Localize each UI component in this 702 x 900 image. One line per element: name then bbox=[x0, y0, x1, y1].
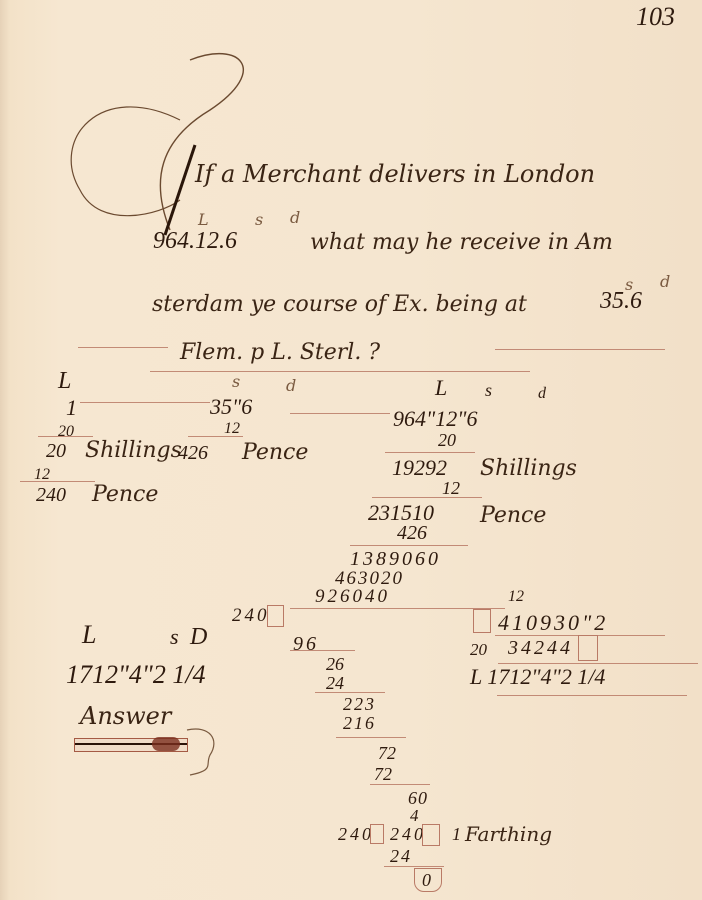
conversion-twelve: 12 bbox=[508, 588, 524, 606]
remainder-box bbox=[414, 868, 442, 892]
question-unit-L: L bbox=[198, 210, 209, 229]
rate-work-rate: 35"6 bbox=[210, 394, 252, 420]
div-rule-1 bbox=[290, 650, 355, 651]
rate-unit-d: d bbox=[660, 272, 670, 291]
multiplier: 426 bbox=[397, 522, 427, 545]
rate-work-pence-label: Pence bbox=[242, 440, 308, 465]
divisor-zero-box bbox=[267, 605, 284, 627]
partial-3: 926040 bbox=[315, 586, 390, 608]
heading: Flem. p L. Sterl. ? bbox=[180, 340, 380, 365]
farthing-quotient: 1 bbox=[452, 824, 461, 845]
div-step-9: 4 bbox=[410, 806, 419, 826]
rate-twelve-rule bbox=[188, 436, 243, 437]
farthing-divisor: 240 bbox=[338, 824, 374, 845]
left-shillings-label: Shillings bbox=[85, 438, 182, 463]
left-one: 1 bbox=[66, 395, 77, 421]
sterling-twelve-rule bbox=[372, 497, 482, 498]
conversion-quotient: 410930"2 bbox=[498, 610, 608, 636]
conversion-result: L 1712"4"2 1/4 bbox=[470, 664, 605, 690]
product-zero-box bbox=[473, 609, 491, 633]
question-amount: 964.12.6 bbox=[153, 228, 237, 255]
conversion-twenty: 20 bbox=[470, 640, 487, 660]
div-step-7: 72 bbox=[374, 764, 392, 785]
multiplier-rule bbox=[350, 545, 468, 546]
page-number: 103 bbox=[636, 2, 675, 32]
conversion-shillings-box bbox=[578, 635, 598, 661]
sterling-shillings: 19292 bbox=[392, 455, 447, 481]
left-pence-label: Pence bbox=[92, 482, 158, 507]
answer-unit-L: L bbox=[82, 620, 96, 650]
farthing-dividend: 240 bbox=[390, 824, 426, 845]
farthing-divisor-box bbox=[370, 824, 384, 844]
heading-rule-right bbox=[495, 349, 665, 350]
question-line-3: sterdam ye course of Ex. being at bbox=[152, 292, 527, 317]
left-twenty: 20 bbox=[58, 423, 74, 441]
div-step-1: 96 bbox=[293, 633, 319, 656]
sterling-amount: 964"12"6 bbox=[393, 406, 477, 432]
div-step-5: 216 bbox=[343, 713, 376, 734]
farthing-rule bbox=[384, 866, 444, 867]
heading-rule-left bbox=[78, 347, 168, 348]
initial-letter-flourish-icon bbox=[40, 40, 280, 260]
conversion-shillings: 34244 bbox=[508, 637, 573, 660]
sterling-twenty-rule bbox=[385, 452, 475, 453]
div-step-6: 72 bbox=[378, 743, 396, 764]
question-line-2: what may he receive in Am bbox=[310, 230, 613, 255]
answer-value: 1712"4"2 1/4 bbox=[66, 660, 206, 690]
rate-rule bbox=[290, 413, 390, 414]
left-twelve-rule bbox=[20, 481, 95, 482]
sterling-unit-d: d bbox=[538, 385, 546, 403]
question-rate: 35.6 bbox=[600, 288, 642, 315]
conversion-rule-3 bbox=[497, 695, 687, 696]
ink-blot bbox=[152, 737, 180, 751]
sterling-twenty: 20 bbox=[438, 430, 456, 451]
sterling-unit-L: L bbox=[435, 375, 447, 401]
div-rule-3 bbox=[336, 737, 406, 738]
answer-unit-d: D bbox=[190, 624, 207, 651]
sterling-pence-label: Pence bbox=[480, 503, 546, 528]
farthing-dividend-box bbox=[422, 824, 440, 846]
divisor: 240 bbox=[232, 605, 270, 627]
question-unit-s: s bbox=[255, 210, 263, 229]
rate-work-unit-s: s bbox=[232, 372, 240, 391]
answer-flourish-icon bbox=[185, 720, 235, 780]
div-rule-2 bbox=[315, 692, 385, 693]
answer-label: Answer bbox=[80, 702, 171, 730]
left-unit-L: L bbox=[58, 368, 71, 395]
left-pence-total: 240 bbox=[36, 484, 66, 507]
manuscript-page: 103 If a Merchant delivers in London L s… bbox=[0, 0, 702, 900]
left-twenty-rule bbox=[38, 436, 93, 437]
div-step-3: 24 bbox=[326, 673, 344, 694]
div-rule-4 bbox=[370, 784, 430, 785]
answer-unit-s: s bbox=[170, 624, 179, 650]
div-step-2: 26 bbox=[326, 654, 344, 675]
rate-work-pence-total: 426 bbox=[178, 442, 208, 465]
left-one-rule bbox=[80, 402, 210, 403]
sterling-shillings-label: Shillings bbox=[480, 456, 577, 481]
farthing-subtract: 24 bbox=[390, 846, 412, 867]
question-line-1: If a Merchant delivers in London bbox=[195, 160, 595, 188]
heading-underline bbox=[150, 371, 530, 372]
sterling-unit-s: s bbox=[485, 380, 492, 401]
farthing-label: Farthing bbox=[465, 822, 552, 846]
rate-work-unit-d: d bbox=[286, 376, 296, 395]
div-step-4: 223 bbox=[343, 694, 376, 715]
left-twenty-result: 20 bbox=[46, 440, 66, 463]
sterling-twelve: 12 bbox=[442, 478, 460, 499]
question-unit-d: d bbox=[290, 208, 300, 227]
